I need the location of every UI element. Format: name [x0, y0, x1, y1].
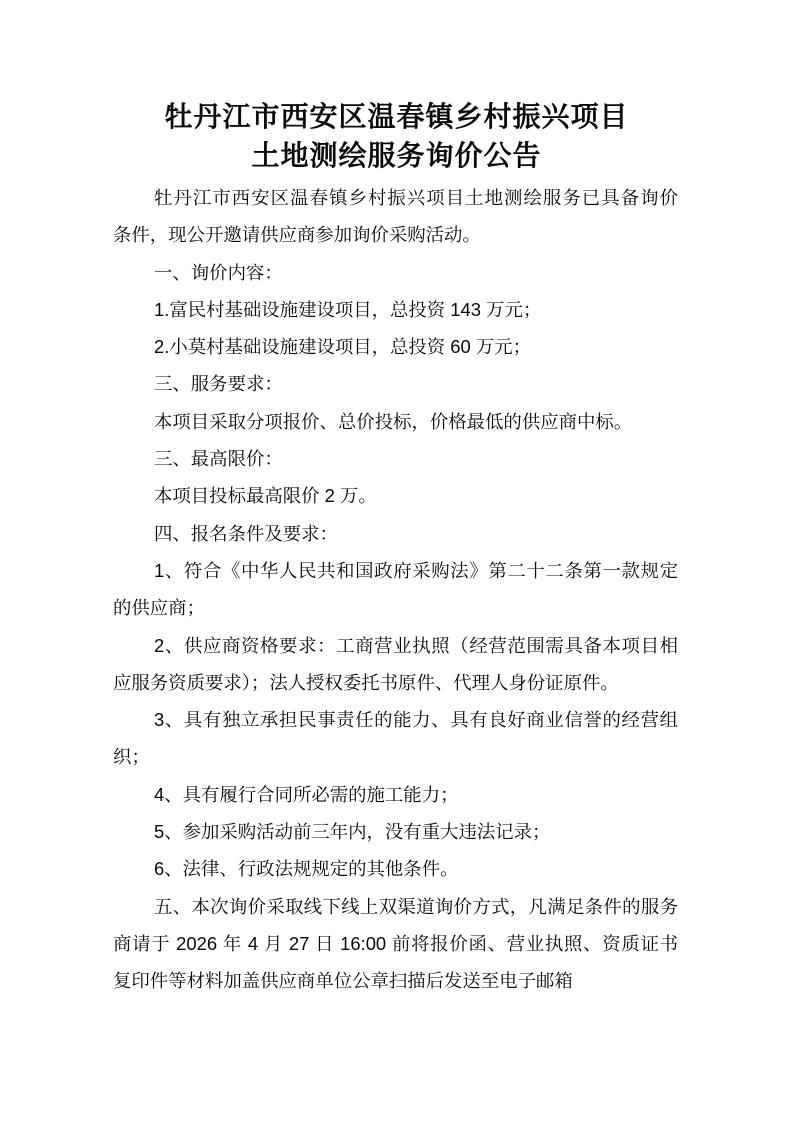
- document-line: 一、询价内容：: [113, 254, 678, 291]
- document-line: 本项目采取分项报价、总价投标，价格最低的供应商中标。: [113, 403, 678, 440]
- document-line: 2.小莫村基础设施建设项目，总投资 60 万元；: [113, 328, 678, 365]
- document-line: 1、符合《中华人民共和国政府采购法》第二十二条第一款规定: [113, 552, 678, 589]
- document-body: 牡丹江市西安区温春镇乡村振兴项目土地测绘服务已具备询价条件，现公开邀请供应商参加…: [113, 179, 678, 1000]
- document-line: 牡丹江市西安区温春镇乡村振兴项目土地测绘服务已具备询价: [113, 179, 678, 216]
- document-line: 本项目投标最高限价 2 万。: [113, 477, 678, 514]
- document-line: 4、具有履行合同所必需的施工能力；: [113, 776, 678, 813]
- document-line: 的供应商；: [113, 589, 678, 626]
- document-line: 复印件等材料加盖供应商单位公章扫描后发送至电子邮箱: [113, 962, 678, 999]
- document-line: 三、最高限价：: [113, 440, 678, 477]
- document-line: 6、法律、行政法规规定的其他条件。: [113, 850, 678, 887]
- document-title-line-1: 牡丹江市西安区温春镇乡村振兴项目: [0, 97, 793, 136]
- document-line: 1.富民村基础设施建设项目，总投资 143 万元；: [113, 291, 678, 328]
- document-line: 条件，现公开邀请供应商参加询价采购活动。: [113, 216, 678, 253]
- document-line: 应服务资质要求）；法人授权委托书原件、代理人身份证原件。: [113, 664, 678, 701]
- document-line: 五、本次询价采取线下线上双渠道询价方式，凡满足条件的服务: [113, 888, 678, 925]
- document-title-line-2: 土地测绘服务询价公告: [0, 136, 793, 175]
- document-line: 四、报名条件及要求：: [113, 515, 678, 552]
- document-line: 3、具有独立承担民事责任的能力、具有良好商业信誉的经营组: [113, 701, 678, 738]
- document-line: 2、供应商资格要求：工商营业执照（经营范围需具备本项目相: [113, 627, 678, 664]
- document-line: 三、服务要求：: [113, 365, 678, 402]
- document-line: 织；: [113, 738, 678, 775]
- document-title: 牡丹江市西安区温春镇乡村振兴项目 土地测绘服务询价公告: [0, 0, 793, 175]
- document-line: 5、参加采购活动前三年内，没有重大违法记录；: [113, 813, 678, 850]
- document-page: 牡丹江市西安区温春镇乡村振兴项目 土地测绘服务询价公告 牡丹江市西安区温春镇乡村…: [0, 0, 793, 1121]
- document-line: 商请于 2026 年 4 月 27 日 16:00 前将报价函、营业执照、资质证…: [113, 925, 678, 962]
